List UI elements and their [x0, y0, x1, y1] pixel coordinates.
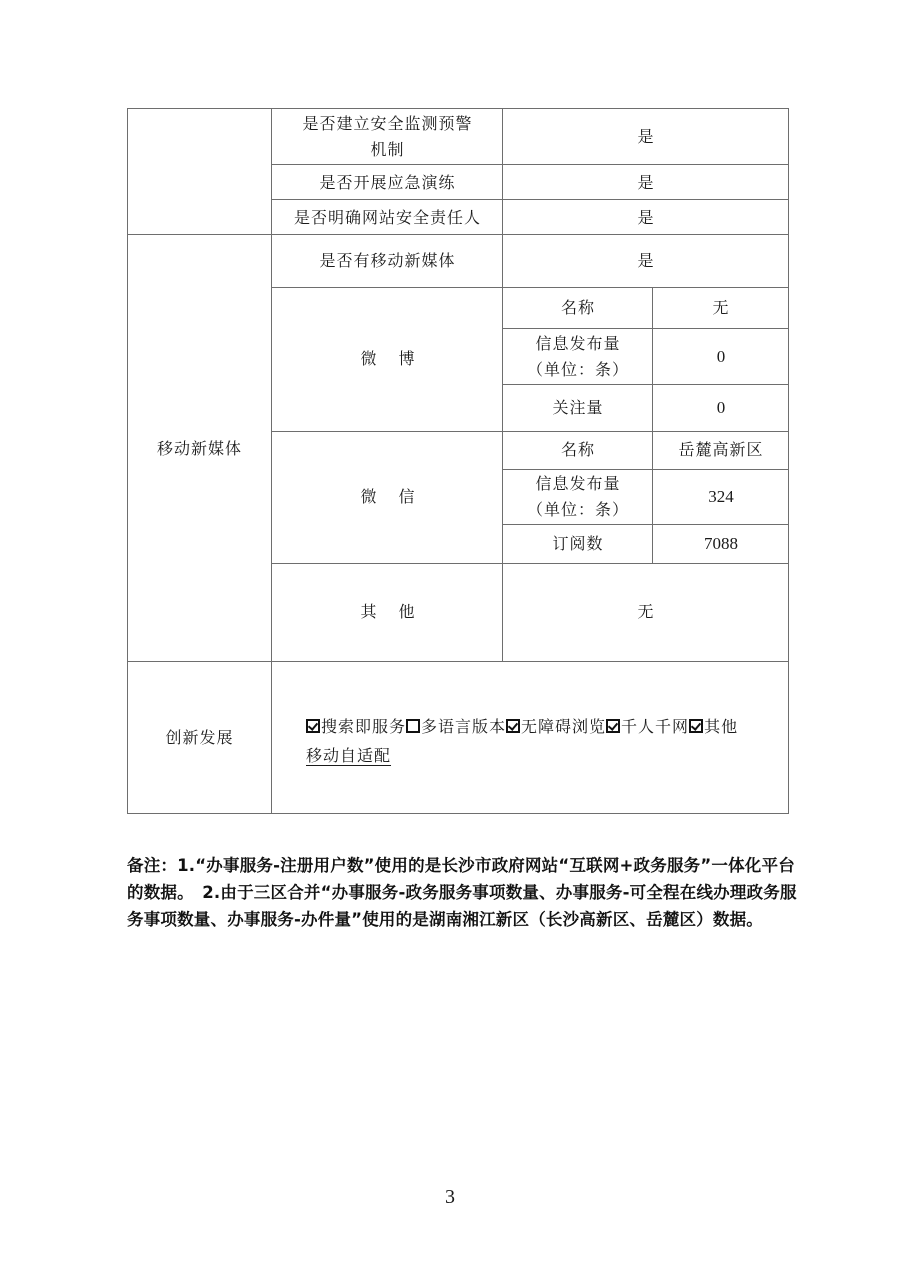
checkbox-personalized[interactable]: [606, 719, 620, 733]
option-label: 其他: [704, 717, 738, 736]
wechat-label: 微信: [272, 431, 503, 563]
wechat-posts-label: 信息发布量 （单位：条）: [503, 469, 653, 525]
wechat-subscribers-value: 7088: [653, 525, 789, 563]
has-mobile-media-label: 是否有移动新媒体: [272, 235, 503, 287]
page-number: 3: [0, 1186, 900, 1209]
document-page: 是否建立安全监测预警 机制 是 是否开展应急演练 是 是否明确网站安全责任人 是…: [0, 0, 900, 1272]
footnote: 备注：1.“办事服务-注册用户数”使用的是长沙市政府网站“互联网+政务服务”一体…: [127, 852, 797, 933]
other-detail-text: 移动自适配: [306, 746, 391, 765]
emergency-drill-label: 是否开展应急演练: [272, 165, 503, 200]
mobile-media-section-label: 移动新媒体: [127, 235, 272, 662]
checkbox-search-service[interactable]: [306, 719, 320, 733]
weibo-posts-value: 0: [653, 329, 789, 384]
weibo-followers-label: 关注量: [503, 384, 653, 431]
weibo-name-value: 无: [653, 287, 789, 329]
weibo-label: 微博: [272, 287, 503, 431]
innovation-options: 搜索即服务多语言版本无障碍浏览千人千网其他 移动自适配: [306, 712, 786, 770]
other-media-label: 其他: [272, 563, 503, 661]
wechat-name-value: 岳麓高新区: [653, 431, 789, 469]
security-officer-value: 是: [503, 200, 789, 235]
security-officer-label: 是否明确网站安全责任人: [272, 200, 503, 235]
weibo-name-label: 名称: [503, 287, 653, 329]
security-monitoring-value: 是: [503, 108, 789, 165]
option-label: 搜索即服务: [321, 717, 406, 736]
emergency-drill-value: 是: [503, 165, 789, 200]
security-monitoring-label: 是否建立安全监测预警 机制: [272, 108, 503, 165]
other-media-value: 无: [503, 563, 789, 661]
checkbox-other[interactable]: [689, 719, 703, 733]
weibo-posts-label: 信息发布量 （单位：条）: [503, 329, 653, 384]
wechat-subscribers-label: 订阅数: [503, 525, 653, 563]
checkbox-accessibility[interactable]: [506, 719, 520, 733]
weibo-followers-value: 0: [653, 384, 789, 431]
wechat-name-label: 名称: [503, 431, 653, 469]
has-mobile-media-value: 是: [503, 235, 789, 287]
wechat-posts-value: 324: [653, 469, 789, 525]
checkbox-multilingual[interactable]: [406, 719, 420, 733]
option-label: 千人千网: [621, 717, 689, 736]
innovation-section-label: 创新发展: [127, 662, 272, 814]
option-label: 多语言版本: [421, 717, 506, 736]
option-label: 无障碍浏览: [521, 717, 606, 736]
